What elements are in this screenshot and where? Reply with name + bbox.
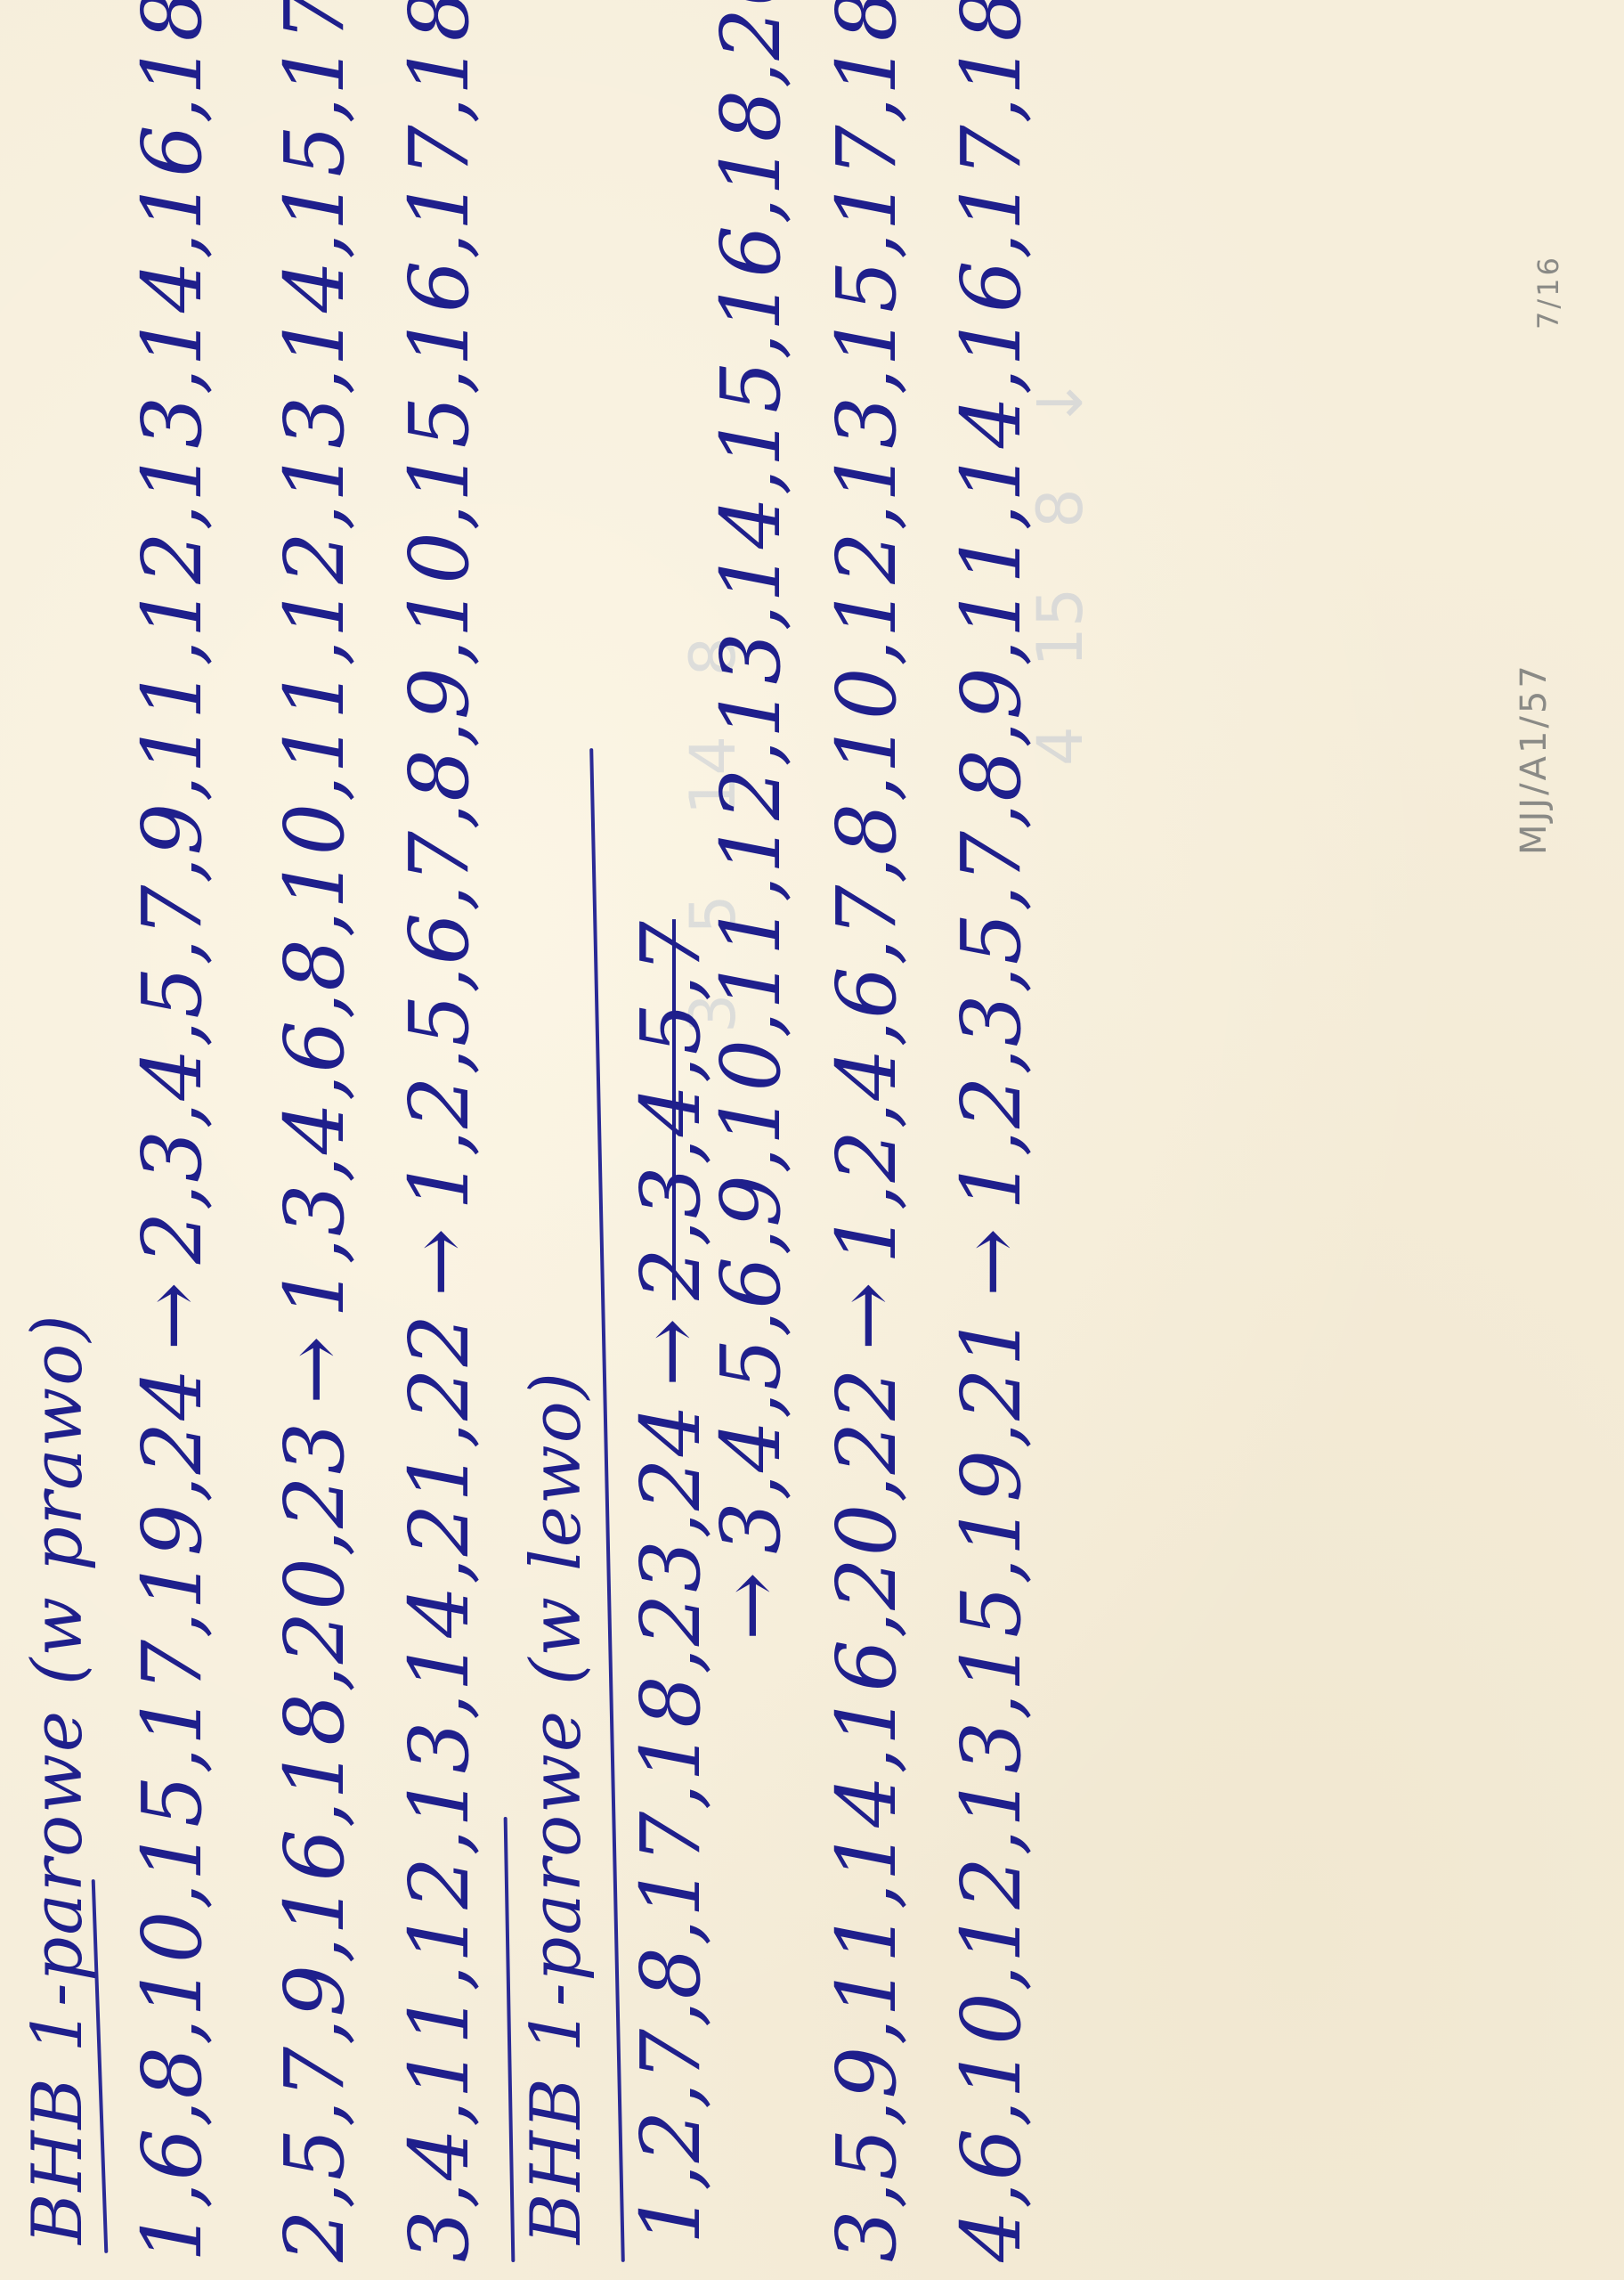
row-right-set: 1,2,3,5,7,8,9,11,14,16,17,18,20,22,23,24 (944, 0, 1039, 1210)
arrow-icon: → (944, 1226, 1039, 1297)
row-right-set: 3,4,5,6,9,10,11,12,13,14,15,16,18,20,21,… (703, 0, 799, 1554)
arrow-icon: → (703, 1570, 799, 1641)
sequence-row: 3,5,9,11,14,16,20,22→1,2,4,6,7,8,10,12,1… (819, 0, 914, 2262)
row-left-set: 4,6,10,12,13,15,19,21 (944, 1313, 1039, 2262)
arrow-icon: → (267, 1334, 362, 1405)
row-right-set: 1,2,5,6,7,8,9,10,15,16,17,18,19,20,23,24 (392, 0, 487, 1210)
document-page: 3 5 14 8 4 15 8 ↓ BHB 1-parowe (w prawo)… (0, 0, 1624, 2280)
sequence-row: 3,4,11,12,13,14,21,22→1,2,5,6,7,8,9,10,1… (392, 0, 487, 2262)
row-left-set: 3,4,11,12,13,14,21,22 (392, 1313, 487, 2262)
arrow-icon: → (819, 1280, 914, 1350)
row-left-set: 3,5,9,11,14,16,20,22 (819, 1366, 914, 2262)
row-left-set: 2,5,7,9,16,18,20,23 (267, 1421, 362, 2262)
archive-id-annotation: MJJ/A1/57 (1514, 663, 1555, 855)
section-heading-right: BHB 1-parowe (w prawo) (18, 1313, 98, 2244)
row-right-set: 1,3,4,6,8,10,11,12,13,14,15,17,19,21,22,… (267, 0, 362, 1318)
arrow-icon: → (392, 1226, 487, 1297)
arrow-icon: → (125, 1280, 220, 1350)
row-right-set: 1,2,4,6,7,8,10,12,13,15,17,18,19,21,23,2… (819, 0, 914, 1264)
sequence-row: 1,6,8,10,15,17,19,24→2,3,4,5,7,9,11,12,1… (125, 0, 220, 2262)
section-heading-left: BHB 1-parowe (w lewo) (516, 1371, 597, 2244)
sequence-row: 2,5,7,9,16,18,20,23→1,3,4,6,8,10,11,12,1… (267, 0, 362, 2262)
page-number-annotation: 7/16 (1531, 255, 1565, 330)
rotated-content: 3 5 14 8 4 15 8 ↓ BHB 1-parowe (w prawo)… (0, 0, 1624, 2280)
heading-rule-top (504, 1817, 516, 2262)
sequence-row: 4,6,10,12,13,15,19,21→1,2,3,5,7,8,9,11,1… (944, 0, 1039, 2262)
row-left-set: 1,6,8,10,15,17,19,24 (125, 1366, 220, 2262)
row-right-set: 2,3,4,5,7,9,11,12,13,14,16,18,20,21,22,2… (125, 0, 220, 1264)
sequence-row: →3,4,5,6,9,10,11,12,13,14,15,16,18,20,21… (703, 0, 799, 1657)
